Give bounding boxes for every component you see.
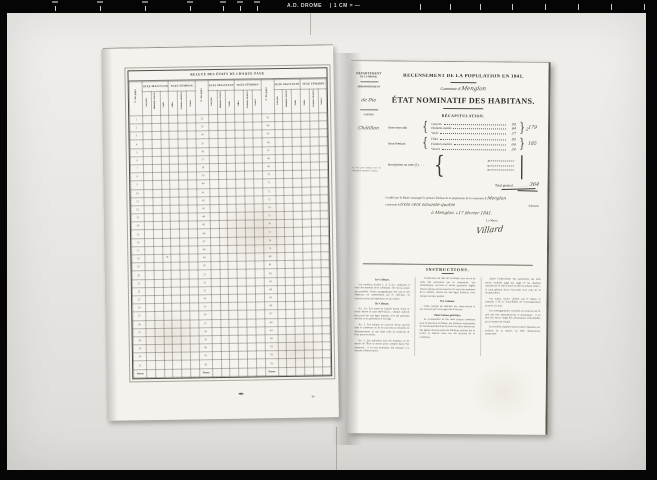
ruler-tick — [223, 6, 224, 11]
empty-cell — [210, 237, 219, 245]
page-number-cell: 20 — [132, 271, 145, 279]
empty-cell — [255, 294, 264, 302]
page-number-cell: 69 — [262, 163, 275, 171]
empty-cell — [313, 342, 322, 350]
male-group-header: SEXE MASCULIN — [274, 79, 301, 89]
empty-cell — [256, 367, 265, 375]
empty-cell — [237, 229, 246, 237]
empty-cell — [219, 212, 228, 220]
page-number-cell: 67 — [262, 146, 275, 154]
summary-table-frame: RELEVÉ DES ÉTATS DE CHAQUE PAGE N° des p… — [127, 67, 332, 379]
empty-cell — [187, 164, 196, 172]
empty-cell — [226, 114, 235, 122]
empty-cell — [244, 163, 253, 171]
page-number-cell: 35 — [196, 139, 209, 147]
page-number-cell: 79 — [263, 244, 276, 252]
empty-cell — [237, 220, 246, 228]
page-number-cell: 82 — [264, 269, 277, 277]
recap-male-group: Sexe masculin { Garçons88 Hommes mariés6… — [388, 120, 540, 135]
empty-cell — [238, 302, 247, 310]
empty-cell — [220, 270, 229, 278]
empty-cell — [145, 271, 154, 279]
empty-cell — [218, 172, 227, 180]
page-number-cell: 83 — [264, 277, 277, 285]
empty-cell — [179, 197, 188, 205]
empty-cell — [210, 196, 219, 204]
ruler-tick — [545, 4, 546, 10]
empty-cell — [244, 114, 253, 122]
ink-speck — [166, 256, 168, 258]
empty-cell — [155, 328, 164, 336]
empty-cell — [163, 303, 172, 311]
subcolumn-header: Hommes mariés — [283, 89, 292, 113]
female-total: 185 — [528, 142, 541, 147]
empty-cell — [284, 171, 293, 179]
subcolumn-header: Femmes mariées — [177, 91, 186, 115]
empty-cell — [322, 350, 331, 358]
instructions-heading: IVe Colonne. — [420, 300, 475, 304]
empty-cell — [170, 164, 179, 172]
page-number-cell: 71 — [262, 179, 275, 187]
empty-cell — [164, 336, 173, 344]
subcolumn-header: Veuves — [186, 91, 195, 115]
empty-cell — [294, 260, 303, 268]
instructions-title: INSTRUCTIONS. — [355, 266, 541, 273]
empty-cell — [190, 311, 199, 319]
page-number-cell: 48 — [198, 245, 211, 253]
empty-cell — [172, 279, 181, 287]
empty-cell — [163, 320, 172, 328]
empty-cell — [278, 367, 287, 375]
empty-cell — [145, 246, 154, 254]
archive-label: A.D. DROME — [287, 3, 322, 9]
empty-cell — [163, 312, 172, 320]
empty-cell — [305, 367, 314, 375]
empty-cell — [285, 244, 294, 252]
empty-cell — [164, 328, 173, 336]
instructions-paragraph: Le recensement se fait dans chaque commu… — [420, 318, 476, 339]
empty-cell — [295, 310, 304, 318]
empty-cell — [217, 122, 226, 130]
empty-cell — [190, 344, 199, 352]
empty-cell — [178, 115, 187, 123]
empty-cell — [180, 238, 189, 246]
instructions-paragraph: Les feuilles remplies seront ensuite dép… — [485, 325, 540, 336]
page-number-cell: 85 — [264, 294, 277, 302]
page-number-cell: 28 — [133, 337, 146, 345]
empty-cell — [179, 189, 188, 197]
page-number-cell: 27 — [133, 328, 146, 336]
pages-col-header: N° des pages — [261, 80, 275, 114]
empty-cell — [152, 181, 161, 189]
empty-cell — [254, 220, 263, 228]
page-number-cell: 8 — [131, 173, 144, 181]
empty-cell — [304, 342, 313, 350]
empty-cell — [154, 263, 163, 271]
empty-cell — [180, 221, 189, 229]
female-row-label: Filles — [431, 137, 438, 141]
empty-cell — [210, 229, 219, 237]
empty-cell — [220, 294, 229, 302]
empty-cell — [277, 302, 286, 310]
empty-cell — [286, 301, 295, 309]
instructions-paragraph: Après l'achèvement des opérations, les é… — [485, 277, 540, 295]
page-number-cell: 56 — [199, 311, 212, 319]
totals-label-cell: Totaux — [134, 369, 147, 378]
empty-cell — [292, 113, 301, 121]
empty-cell — [162, 213, 171, 221]
cert-text-1: Certifié par le Maire soussigné le prése… — [385, 195, 487, 200]
empty-cell — [154, 304, 163, 312]
empty-cell — [171, 213, 180, 221]
empty-cell — [247, 302, 256, 310]
subcolumn-header: Hommes mariés — [151, 91, 160, 115]
empty-cell — [226, 130, 235, 138]
empty-cell — [210, 204, 219, 212]
empty-cell — [253, 122, 262, 130]
empty-cell — [170, 148, 179, 156]
empty-cell — [276, 212, 285, 220]
empty-cell — [152, 132, 161, 140]
empty-cell — [212, 319, 221, 327]
page-number-cell: 34 — [196, 131, 209, 139]
empty-cell — [163, 271, 172, 279]
totals-row: TotauxTotauxTotaux — [134, 366, 332, 377]
empty-cell — [172, 311, 181, 319]
empty-cell — [155, 361, 164, 369]
brace-close: } — [519, 122, 525, 135]
page-number-cell: 70 — [262, 171, 275, 179]
empty-cell — [292, 138, 301, 146]
empty-cell — [181, 336, 190, 344]
empty-cell — [286, 310, 295, 318]
empty-cell — [245, 196, 254, 204]
empty-cell — [219, 221, 228, 229]
instructions-paragraph: Art. 1er. Les noms de famille seront écr… — [354, 307, 409, 321]
ruler-tick — [480, 4, 481, 10]
page-number-cell: 47 — [197, 237, 210, 245]
empty-cell — [247, 294, 256, 302]
empty-cell — [155, 312, 164, 320]
empty-cell — [287, 342, 296, 350]
empty-cell — [284, 154, 293, 162]
page-number-cell: 86 — [264, 302, 277, 310]
totals-label-cell: Totaux — [265, 367, 278, 376]
empty-cell — [181, 311, 190, 319]
empty-cell — [143, 156, 152, 164]
empty-cell — [160, 115, 169, 123]
instructions-column: Ire Colonne.Les numéros d'ordre 1, 2, 3,… — [354, 276, 410, 355]
empty-cell — [313, 358, 322, 366]
empty-cell — [276, 203, 285, 211]
empty-cell — [191, 360, 200, 368]
empty-cell — [303, 252, 312, 260]
empty-cell — [310, 146, 319, 154]
ruler-tick-label — [254, 1, 260, 3]
instructions-paragraph: Art. 3. Les militaires sous les drapeaux… — [354, 339, 409, 353]
empty-cell — [152, 148, 161, 156]
empty-cell — [219, 237, 228, 245]
cert-text-2: contenant le — [385, 202, 400, 206]
page-number-cell: 16 — [132, 238, 145, 246]
empty-cell — [144, 181, 153, 189]
empty-cell — [218, 131, 227, 139]
empty-cell — [293, 203, 302, 211]
empty-cell — [292, 129, 301, 137]
total-label: Total général . . . . . . . . . — [495, 183, 528, 187]
instructions-paragraph: Cette colonne est destinée aux observati… — [420, 304, 475, 311]
empty-cell — [301, 146, 310, 154]
empty-cell — [320, 219, 329, 227]
empty-cell — [278, 359, 287, 367]
empty-cell — [162, 222, 171, 230]
empty-cell — [219, 204, 228, 212]
page-number-cell: 3 — [130, 132, 143, 140]
brace-open-tall: { — [434, 152, 445, 176]
empty-cell — [275, 138, 284, 146]
page-number-cell: 84 — [264, 285, 277, 293]
empty-cell — [319, 129, 328, 137]
male-row-label: Veufs — [431, 131, 438, 135]
margin-rule — [360, 109, 378, 110]
empty-cell — [253, 179, 262, 187]
empty-cell — [244, 138, 253, 146]
empty-cell — [246, 237, 255, 245]
empty-cell — [304, 301, 313, 309]
page-number-cell: 80 — [263, 253, 276, 261]
empty-cell — [296, 367, 305, 375]
empty-cell — [322, 342, 331, 350]
empty-cell — [171, 262, 180, 270]
subcolumn-header: Filles — [235, 90, 244, 114]
empty-cell — [284, 179, 293, 187]
empty-cell — [171, 221, 180, 229]
page-number-cell: 88 — [265, 318, 278, 326]
empty-cell — [283, 121, 292, 129]
page-number-cell: 66 — [262, 138, 275, 146]
subcolumn-header: Veuves — [252, 90, 261, 114]
empty-cell — [218, 180, 227, 188]
empty-cell — [189, 238, 198, 246]
empty-cell — [255, 261, 264, 269]
page-number-cell: 46 — [197, 229, 210, 237]
subcolumn-header: Hommes mariés — [217, 90, 226, 114]
empty-cell — [210, 188, 219, 196]
empty-cell — [255, 245, 264, 253]
ruler-tick — [644, 4, 645, 10]
empty-cell — [254, 236, 263, 244]
page-number-cell: 6 — [130, 156, 143, 164]
empty-cell — [254, 204, 263, 212]
empty-cell — [321, 276, 330, 284]
empty-cell — [155, 353, 164, 361]
empty-cell — [218, 147, 227, 155]
empty-cell — [173, 344, 182, 352]
commune-value: Menglon — [461, 86, 486, 92]
empty-cell — [188, 172, 197, 180]
empty-cell — [275, 162, 284, 170]
empty-cell — [221, 335, 230, 343]
empty-cell — [154, 271, 163, 279]
instructions-paragraph: L'indication du chef de la famille sera … — [420, 277, 476, 298]
marginal-note: (1) Voir pour chaque sexe les indication… — [352, 167, 381, 173]
empty-cell — [229, 327, 238, 335]
empty-cell — [247, 351, 256, 359]
instructions-heading: IIe Colonne. — [354, 302, 409, 306]
empty-cell — [256, 310, 265, 318]
empty-cell — [144, 230, 153, 238]
empty-cell — [293, 162, 302, 170]
empty-cell — [189, 270, 198, 278]
empty-cell — [162, 230, 171, 238]
empty-cell — [283, 113, 292, 121]
empty-cell — [170, 180, 179, 188]
empty-cell — [164, 369, 173, 377]
page-number-cell: 90 — [265, 335, 278, 343]
empty-cell — [212, 360, 221, 368]
empty-cell — [304, 309, 313, 317]
page-number-cell: 7 — [130, 165, 143, 173]
summary-table: N° des pagesSEXE MASCULINSEXE FÉMININN° … — [129, 78, 332, 378]
empty-cell — [256, 343, 265, 351]
empty-cell — [295, 334, 304, 342]
empty-cell — [278, 318, 287, 326]
empty-cell — [173, 336, 182, 344]
rule — [443, 108, 483, 109]
brace-open: { — [422, 121, 428, 134]
page-number-cell: 54 — [198, 295, 211, 303]
empty-cell — [154, 246, 163, 254]
page-number-cell: 22 — [132, 287, 145, 295]
empty-cell — [153, 205, 162, 213]
recap-title: RÉCAPITULATION. — [386, 113, 540, 118]
empty-cell — [189, 246, 198, 254]
page-number-cell: 4 — [130, 140, 143, 148]
empty-cell — [321, 309, 330, 317]
empty-cell — [189, 254, 198, 262]
ruler-tick — [190, 6, 191, 11]
empty-cell — [303, 285, 312, 293]
subcolumn-header: Femmes mariées — [243, 90, 252, 114]
empty-cell — [211, 286, 220, 294]
empty-cell — [180, 229, 189, 237]
page-number-cell: 29 — [133, 345, 146, 353]
empty-cell — [212, 344, 221, 352]
female-row-value: 95 — [507, 138, 516, 142]
canton-value: Châtillon — [358, 126, 380, 131]
empty-cell — [218, 163, 227, 171]
ruler-tick-label — [142, 1, 148, 3]
empty-cell — [302, 170, 311, 178]
empty-cell — [310, 170, 319, 178]
empty-cell — [275, 187, 284, 195]
instructions-paragraph: Les totaux seront vérifiés par le Maire … — [485, 297, 540, 308]
empty-cell — [187, 156, 196, 164]
male-row-label: Garçons — [431, 121, 441, 125]
empty-cell — [245, 220, 254, 228]
empty-cell — [162, 205, 171, 213]
ruler-tick — [145, 6, 146, 11]
empty-cell — [230, 335, 239, 343]
empty-cell — [253, 155, 262, 163]
empty-cell — [143, 115, 152, 123]
subcolumn-header: Filles — [169, 91, 178, 115]
empty-cell — [292, 121, 301, 129]
arrondissement-value: de Die — [361, 98, 376, 103]
page-number-cell: 37 — [196, 155, 209, 163]
empty-cell — [310, 129, 319, 137]
cert-date: 17 février 1841. — [458, 209, 493, 216]
empty-cell — [152, 173, 161, 181]
document-photo[interactable]: RELEVÉ DES ÉTATS DE CHAQUE PAGE N° des p… — [7, 13, 646, 470]
empty-cell — [276, 244, 285, 252]
empty-cell — [180, 246, 189, 254]
page-number-cell: 19 — [132, 263, 145, 271]
page-number-cell: 30 — [133, 353, 146, 361]
empty-cell — [244, 155, 253, 163]
page-number-cell: 39 — [196, 172, 209, 180]
empty-cell — [146, 312, 155, 320]
empty-cell — [188, 221, 197, 229]
empty-cell — [255, 277, 264, 285]
total-value: 364 — [530, 181, 540, 187]
empty-cell — [228, 229, 237, 237]
empty-cell — [152, 123, 161, 131]
total-flourish — [502, 188, 536, 190]
empty-cell — [253, 146, 262, 154]
empty-cell — [235, 114, 244, 122]
page-number-cell: 13 — [131, 214, 144, 222]
empty-cell — [146, 353, 155, 361]
empty-cell — [319, 178, 328, 186]
empty-cell — [284, 195, 293, 203]
empty-cell — [162, 197, 171, 205]
empty-cell — [287, 359, 296, 367]
page-number-cell: 21 — [132, 279, 145, 287]
empty-cell — [170, 205, 179, 213]
subcolumn-header: Garçons — [142, 92, 151, 116]
empty-cell — [180, 279, 189, 287]
empty-cell — [209, 147, 218, 155]
pages-col-header: N° des pages — [195, 81, 209, 115]
empty-cell — [155, 320, 164, 328]
empty-cell — [145, 255, 154, 263]
page-number-cell: 53 — [198, 286, 211, 294]
empty-cell — [304, 334, 313, 342]
empty-cell — [276, 236, 285, 244]
rule — [363, 263, 533, 265]
empty-cell — [302, 203, 311, 211]
empty-cell — [277, 310, 286, 318]
empty-cell — [311, 219, 320, 227]
subcolumn-header: Femmes mariées — [309, 89, 318, 113]
empty-cell — [239, 360, 248, 368]
empty-cell — [220, 303, 229, 311]
empty-cell — [172, 320, 181, 328]
empty-cell — [160, 123, 169, 131]
empty-cell — [236, 155, 245, 163]
empty-cell — [172, 303, 181, 311]
empty-cell — [155, 336, 164, 344]
empty-cell — [294, 269, 303, 277]
empty-cell — [180, 254, 189, 262]
empty-cell — [211, 303, 220, 311]
page-number-cell: 32 — [195, 115, 208, 123]
empty-cell — [245, 179, 254, 187]
page-number-cell: 17 — [132, 247, 145, 255]
empty-cell — [227, 196, 236, 204]
empty-cell — [246, 269, 255, 277]
